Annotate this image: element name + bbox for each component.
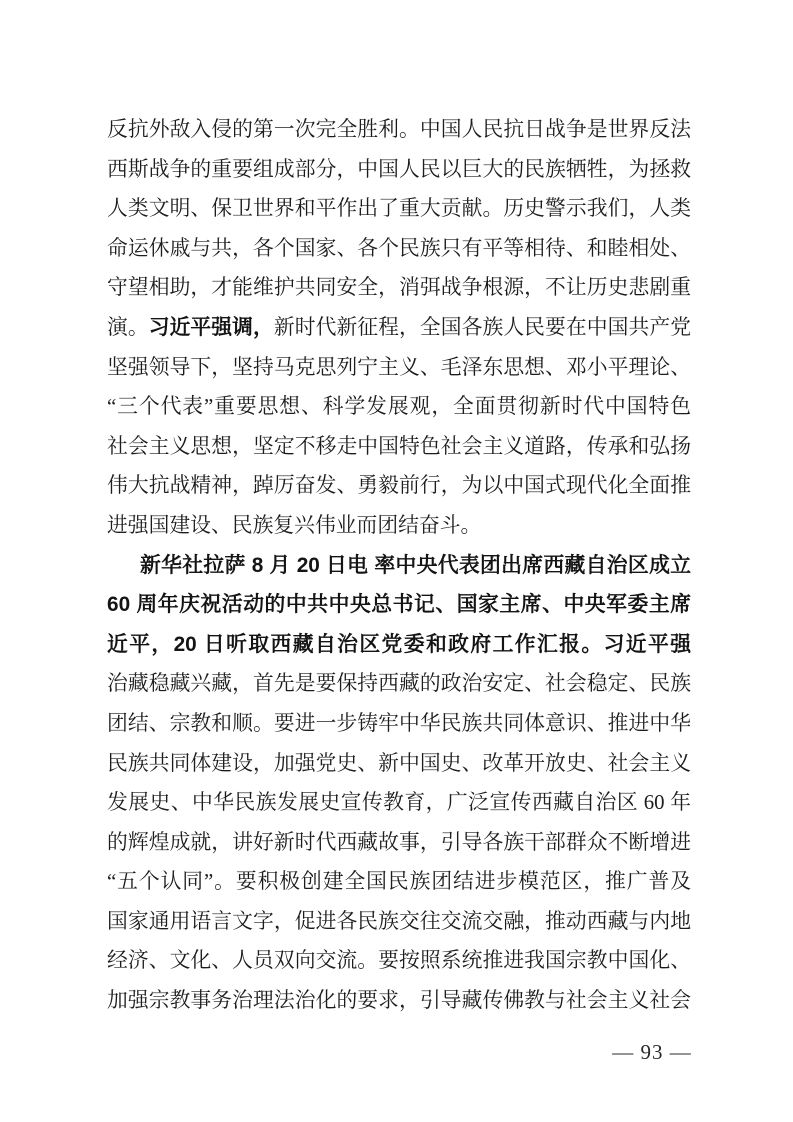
page-body-text: 反抗外敌入侵的第一次完全胜利。中国人民抗日战争是世界反法 西斯战争的重要组成部分… [107, 110, 691, 1021]
text-line: 团结、宗教和顺。要进一步铸牢中华民族共同体意识、推进中华 [107, 704, 691, 744]
text-run: “五个认同”。要积极创建全国民族团结进步模范区，推广普及 [107, 870, 691, 893]
text-line: 国家通用语言文字，促进各民族交往交流交融，推动西藏与内地 [107, 902, 691, 942]
text-run: “三个代表”重要思想、科学发展观，全面贯彻新时代中国特色 [107, 395, 691, 418]
text-line: 进强国建设、民族复兴伟业而团结奋斗。 [107, 506, 691, 546]
text-line: 经济、文化、人员双向交流。要按照系统推进我国宗教中国化、 [107, 941, 691, 981]
text-run: 治藏稳藏兴藏，首先是要保持西藏的政治安定、社会稳定、民族 [107, 672, 691, 695]
text-run: 守望相助，才能维护共同安全，消弭战争根源，不让历史悲剧重 [107, 276, 691, 299]
text-line: 的辉煌成就，讲好新时代西藏故事，引导各族干部群众不断增进 [107, 823, 691, 863]
text-run: 社会主义思想，坚定不移走中国特色社会主义道路，传承和弘扬 [107, 435, 691, 458]
text-line: “五个认同”。要积极创建全国民族团结进步模范区，推广普及 [107, 862, 691, 902]
text-line: 命运休戚与共，各个国家、各个民族只有平等相待、和睦相处、 [107, 229, 691, 269]
text-run: 西斯战争的重要组成部分，中国人民以巨大的民族牺牲，为拯救 [107, 158, 691, 181]
text-run: 新时代新征程，全国各族人民要在中国共产党 [274, 316, 691, 339]
text-run: 伟大抗战精神，踔厉奋发、勇毅前行，为以中国式现代化全面推 [107, 474, 691, 497]
paragraph: 反抗外敌入侵的第一次完全胜利。中国人民抗日战争是世界反法 西斯战争的重要组成部分… [107, 110, 691, 546]
text-line: 加强宗教事务治理法治化的要求，引导藏传佛教与社会主义社会 [107, 981, 691, 1021]
text-line: 西斯战争的重要组成部分，中国人民以巨大的民族牺牲，为拯救 [107, 150, 691, 190]
text-run: 坚强领导下，坚持马克思列宁主义、毛泽东思想、邓小平理论、 [107, 356, 691, 379]
text-run: 发展史、中华民族发展史宣传教育，广泛宣传西藏自治区 60 年来 [107, 791, 691, 823]
text-run: 演。 [107, 316, 149, 339]
text-run: 加强宗教事务治理法治化的要求，引导藏传佛教与社会主义社会 [107, 989, 691, 1012]
text-line: 坚强领导下，坚持马克思列宁主义、毛泽东思想、邓小平理论、 [107, 348, 691, 388]
page-number: — 93 — [602, 1040, 702, 1065]
text-run: 人类文明、保卫世界和平作出了重大贡献。历史警示我们，人类 [107, 197, 691, 220]
document-page: 反抗外敌入侵的第一次完全胜利。中国人民抗日战争是世界反法 西斯战争的重要组成部分… [0, 0, 793, 1122]
text-run-bold: 习近平强调， [149, 316, 274, 339]
text-run: 反抗外敌入侵的第一次完全胜利。中国人民抗日战争是世界反法 [107, 118, 691, 141]
text-line: 民族共同体建设，加强党史、新中国史、改革开放史、社会主义 [107, 744, 691, 784]
text-line: 发展史、中华民族发展史宣传教育，广泛宣传西藏自治区 60 年来 [107, 783, 691, 823]
text-run: 进强国建设、民族复兴伟业而团结奋斗。 [107, 514, 481, 537]
text-line: 60 周年庆祝活动的中共中央总书记、国家主席、中央军委主席习 [107, 585, 691, 625]
text-line: “三个代表”重要思想、科学发展观，全面贯彻新时代中国特色 [107, 387, 691, 427]
text-line: 治藏稳藏兴藏，首先是要保持西藏的政治安定、社会稳定、民族 [107, 664, 691, 704]
text-line: 新华社拉萨 8 月 20 日电 率中央代表团出席西藏自治区成立 [107, 546, 691, 586]
text-line: 守望相助，才能维护共同安全，消弭战争根源，不让历史悲剧重 [107, 268, 691, 308]
text-run-bold: 近平，20 日听取西藏自治区党委和政府工作汇报。习近平强调， [107, 633, 691, 665]
text-run: 的辉煌成就，讲好新时代西藏故事，引导各族干部群众不断增进 [107, 831, 691, 854]
text-line: 人类文明、保卫世界和平作出了重大贡献。历史警示我们，人类 [107, 189, 691, 229]
text-line: 近平，20 日听取西藏自治区党委和政府工作汇报。习近平强调， [107, 625, 691, 665]
paragraph: 新华社拉萨 8 月 20 日电 率中央代表团出席西藏自治区成立 60 周年庆祝活… [107, 546, 691, 1021]
text-run-bold: 60 周年庆祝活动的中共中央总书记、国家主席、中央军委主席习 [107, 593, 691, 625]
text-line: 伟大抗战精神，踔厉奋发、勇毅前行，为以中国式现代化全面推 [107, 466, 691, 506]
text-line: 社会主义思想，坚定不移走中国特色社会主义道路，传承和弘扬 [107, 427, 691, 467]
text-line: 反抗外敌入侵的第一次完全胜利。中国人民抗日战争是世界反法 [107, 110, 691, 150]
text-run: 团结、宗教和顺。要进一步铸牢中华民族共同体意识、推进中华 [107, 712, 691, 735]
text-run: 命运休戚与共，各个国家、各个民族只有平等相待、和睦相处、 [107, 237, 691, 260]
text-run: 民族共同体建设，加强党史、新中国史、改革开放史、社会主义 [107, 752, 691, 775]
text-run: 经济、文化、人员双向交流。要按照系统推进我国宗教中国化、 [107, 949, 691, 972]
text-run: 国家通用语言文字，促进各民族交往交流交融，推动西藏与内地 [107, 910, 691, 933]
text-run-bold: 新华社拉萨 8 月 20 日电 率中央代表团出席西藏自治区成立 [140, 554, 691, 577]
text-line: 演。习近平强调，新时代新征程，全国各族人民要在中国共产党 [107, 308, 691, 348]
